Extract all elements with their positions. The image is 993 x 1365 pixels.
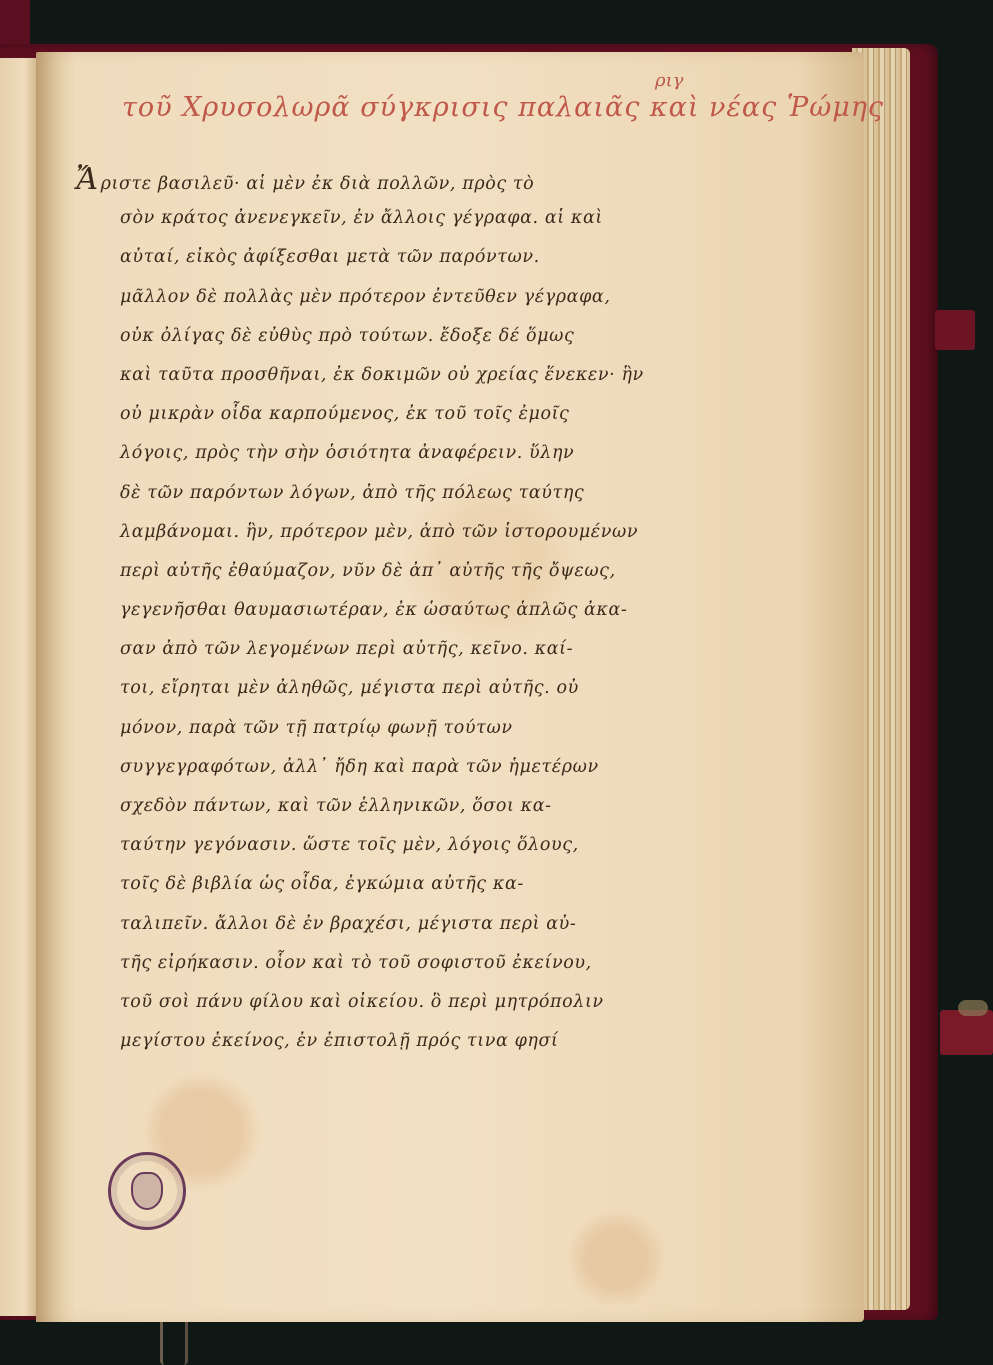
text-line: περὶ αὐτῆς ἐθαύμαζον, νῦν δὲ ἀπ᾽ αὐτῆς τ… xyxy=(76,552,736,591)
text-line: λόγοις, πρὸς τὴν σὴν ὁσιότητα ἀναφέρειν.… xyxy=(76,434,736,473)
text-line: τοι, εἴρηται μὲν ἀληθῶς, μέγιστα περὶ αὐ… xyxy=(76,669,736,708)
binding-tie-lower xyxy=(940,1010,993,1055)
text-line: καὶ ταῦτα προσθῆναι, ἐκ δοκιμῶν οὐ χρεία… xyxy=(76,356,736,395)
text-line: τοῦ σοὶ πάνυ φίλου καὶ οἰκείου. ὃ περὶ μ… xyxy=(76,983,736,1022)
folio-mark: ριγ xyxy=(655,70,683,91)
text-line: μεγίστου ἐκείνος, ἐν ἐπιστολῇ πρός τινα … xyxy=(76,1022,736,1061)
text-line: λαμβάνομαι. ἣν, πρότερον μὲν, ἀπὸ τῶν ἱσ… xyxy=(76,513,736,552)
decorated-initial: Ἄ xyxy=(76,162,99,197)
text-line: δὲ τῶν παρόντων λόγων, ἀπὸ τῆς πόλεως τα… xyxy=(76,474,736,513)
text-line: σαν ἀπὸ τῶν λεγομένων περὶ αὐτῆς, κεῖνο.… xyxy=(76,630,736,669)
text-line: μόνον, παρὰ τῶν τῇ πατρίῳ φωνῇ τούτων xyxy=(76,709,736,748)
text-line: Ἄριστε βασιλεῦ· αἱ μὲν ἐκ διὰ πολλῶν, πρ… xyxy=(76,160,736,199)
text-line: αὐταί, εἰκὸς ἀφίξεσθαι μετὰ τῶν παρόντων… xyxy=(76,238,736,277)
text-line: τοῖς δὲ βιβλία ὡς οἶδα, ἐγκώμια αὐτῆς κα… xyxy=(76,865,736,904)
rubric-title: τοῦ Χρυσολωρᾶ σύγκρισις παλαιᾶς καὶ νέας… xyxy=(122,92,852,123)
text-line: τῆς εἰρήκασιν. οἷον καὶ τὸ τοῦ σοφιστοῦ … xyxy=(76,944,736,983)
text-line: ταύτην γεγόνασιν. ὥστε τοῖς μὲν, λόγοις … xyxy=(76,826,736,865)
text-line: σχεδὸν πάντων, καὶ τῶν ἑλληνικῶν, ὅσοι κ… xyxy=(76,787,736,826)
text-line: οὐ μικρὰν οἶδα καρπούμενος, ἐκ τοῦ τοῖς … xyxy=(76,395,736,434)
text-line: οὐκ ὀλίγας δὲ εὐθὺς πρὸ τούτων. ἔδοξε δέ… xyxy=(76,317,736,356)
text-line: μᾶλλον δὲ πολλὰς μὲν πρότερον ἐντεῦθεν γ… xyxy=(76,278,736,317)
stamp-emblem-icon xyxy=(131,1172,163,1210)
text-line: σὸν κράτος ἀνενεγκεῖν, ἐν ἄλλοις γέγραφα… xyxy=(76,199,736,238)
facing-page-edge xyxy=(0,58,40,1316)
library-stamp xyxy=(108,1152,186,1230)
manuscript-viewer: ριγ τοῦ Χρυσολωρᾶ σύγκρισις παλαιᾶς καὶ … xyxy=(0,0,993,1365)
page-strap xyxy=(160,1318,188,1365)
text-block: Ἄριστε βασιλεῦ· αἱ μὲν ἐκ διὰ πολλῶν, πρ… xyxy=(76,160,736,1061)
text-line: συγγεγραφότων, ἀλλ᾽ ἤδη καὶ παρὰ τῶν ἡμε… xyxy=(76,748,736,787)
text-line: ταλιπεῖν. ἄλλοι δὲ ἐν βραχέσι, μέγιστα π… xyxy=(76,905,736,944)
binding-tie-upper xyxy=(935,310,975,350)
text-line: γεγενῆσθαι θαυμασιωτέραν, ἐκ ὡσαύτως ἁπλ… xyxy=(76,591,736,630)
